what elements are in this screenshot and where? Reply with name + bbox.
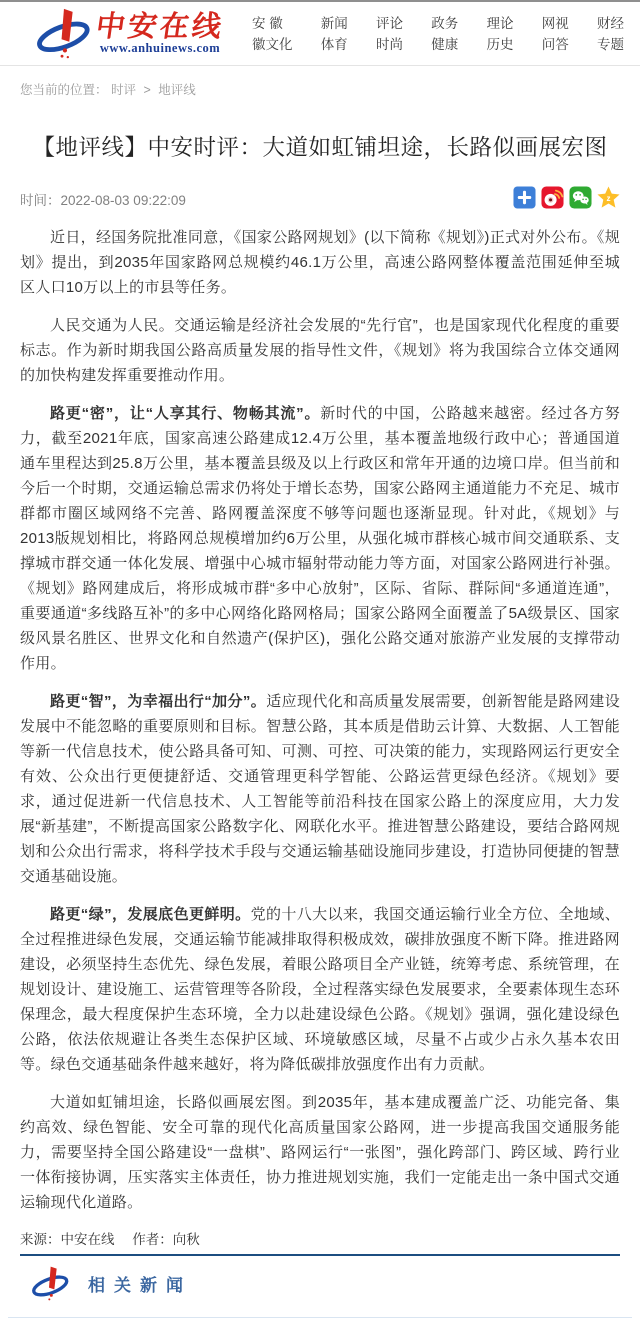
nav-link-zhuanti[interactable]: 专题 — [597, 34, 624, 55]
article-body: 近日，经国务院批准同意，《国家公路网规划》(以下简称《规划》)正式对外公布。《规… — [20, 225, 620, 1215]
nav-col-finance: 财经 专题 — [597, 13, 624, 55]
article-paragraph: 路更“智”，为幸福出行“加分”。适应现代化和高质量发展需要，创新智能是路网建设发… — [20, 689, 620, 889]
paragraph-text: 人民交通为人民。交通运输是经济社会发展的“先行官”，也是国家现代化程度的重要标志… — [20, 317, 620, 384]
nav-link-caijing[interactable]: 财经 — [597, 13, 624, 34]
nav-link-tiyu[interactable]: 体育 — [321, 34, 348, 55]
breadcrumb: 您当前的位置： 时评 > 地评线 — [0, 66, 640, 110]
breadcrumb-link-dipingxian[interactable]: 地评线 — [158, 83, 196, 97]
nav-link-wangshi[interactable]: 网视 — [542, 13, 569, 34]
page-bottom-divider — [8, 1317, 632, 1318]
source: 来源：中安在线 — [20, 1232, 115, 1247]
article-paragraph: 路更“绿”，发展底色更鲜明。党的十八大以来，我国交通运输行业全方位、全地域、全过… — [20, 902, 620, 1077]
paragraph-text: 近日，经国务院批准同意，《国家公路网规划》(以下简称《规划》)正式对外公布。《规… — [20, 229, 620, 296]
paragraph-text: 大道如虹铺坦途，长路似画展宏图。到2035年，基本建成覆盖广泛、功能完备、集约高… — [20, 1094, 620, 1211]
article-paragraph: 人民交通为人民。交通运输是经济社会发展的“先行官”，也是国家现代化程度的重要标志… — [20, 313, 620, 388]
nav-link-shishang[interactable]: 时尚 — [376, 34, 403, 55]
site-header: 中安在线 www.anhuinews.com 安 徽 徽文化 新闻 体育 评论 … — [0, 2, 640, 65]
author: 作者：向秋 — [132, 1232, 200, 1247]
breadcrumb-link-shiping[interactable]: 时评 — [111, 83, 136, 97]
nav-link-xinwen[interactable]: 新闻 — [321, 13, 348, 34]
nav-col-gov: 政务 健康 — [431, 13, 458, 55]
svg-text:z: z — [606, 194, 610, 203]
paragraph-lead: 路更“密”，让“人享其行、物畅其流”。 — [50, 405, 320, 422]
qzone-icon[interactable]: z — [597, 186, 620, 209]
author-label: 作者： — [132, 1232, 173, 1247]
breadcrumb-label: 您当前的位置： — [20, 83, 108, 97]
nav-col-video: 网视 问答 — [542, 13, 569, 55]
anhuinews-swirl-icon — [34, 7, 92, 61]
share-plus-icon[interactable] — [513, 186, 536, 209]
related-news-section: 相关新闻 — [0, 1256, 640, 1303]
publish-time-label: 时间： — [20, 193, 61, 208]
nav-col-anhui: 安 徽 徽文化 — [252, 13, 293, 55]
breadcrumb-separator: > — [144, 83, 151, 97]
article-paragraph: 大道如虹铺坦途，长路似画展宏图。到2035年，基本建成覆盖广泛、功能完备、集约高… — [20, 1090, 620, 1215]
nav-col-comment: 评论 时尚 — [376, 13, 403, 55]
share-bar: z — [513, 186, 620, 209]
paragraph-text: 适应现代化和高质量发展需要，创新智能是路网建设发展中不能忽略的重要原则和目标。智… — [20, 693, 620, 885]
article: 【地评线】中安时评：大道如虹铺坦途，长路似画展宏图 时间：2022-08-03 … — [0, 132, 640, 1215]
source-row: 来源：中安在线 作者：向秋 — [20, 1228, 620, 1256]
site-logo[interactable]: 中安在线 www.anhuinews.com — [34, 7, 224, 61]
weibo-icon[interactable] — [541, 186, 564, 209]
paragraph-lead: 路更“绿”，发展底色更鲜明。 — [50, 906, 251, 923]
wechat-icon[interactable] — [569, 186, 592, 209]
article-title: 【地评线】中安时评：大道如虹铺坦途，长路似画展宏图 — [26, 132, 614, 164]
nav-link-wenda[interactable]: 问答 — [542, 34, 569, 55]
main-nav: 安 徽 徽文化 新闻 体育 评论 时尚 政务 健康 理论 历史 网视 问答 财经… — [252, 13, 624, 55]
related-news-title: 相关新闻 — [88, 1271, 192, 1296]
anhuinews-swirl-icon — [30, 1265, 70, 1303]
article-paragraph: 近日，经国务院批准同意，《国家公路网规划》(以下简称《规划》)正式对外公布。《规… — [20, 225, 620, 300]
logo-text: 中安在线 www.anhuinews.com — [96, 12, 224, 56]
nav-link-lishi[interactable]: 历史 — [487, 34, 514, 55]
article-meta-row: 时间：2022-08-03 09:22:09 — [20, 186, 620, 209]
publish-time-value: 2022-08-03 09:22:09 — [61, 193, 186, 208]
article-paragraph: 路更“密”，让“人享其行、物畅其流”。新时代的中国，公路越来越密。经过各方努力，… — [20, 401, 620, 676]
author-value: 向秋 — [173, 1232, 200, 1247]
logo-site-name: 中安在线 — [94, 12, 226, 42]
nav-link-jiankang[interactable]: 健康 — [431, 34, 458, 55]
publish-time: 时间：2022-08-03 09:22:09 — [20, 189, 186, 209]
nav-link-anhui[interactable]: 安 徽 — [252, 13, 293, 34]
paragraph-text: 党的十八大以来，我国交通运输行业全方位、全地域、全过程推进绿色发展，交通运输节能… — [20, 906, 620, 1073]
paragraph-lead: 路更“智”，为幸福出行“加分”。 — [50, 693, 266, 710]
logo-site-url: www.anhuinews.com — [100, 41, 220, 56]
nav-link-pinglun[interactable]: 评论 — [376, 13, 403, 34]
nav-link-zhengwu[interactable]: 政务 — [431, 13, 458, 34]
paragraph-text: 新时代的中国，公路越来越密。经过各方努力，截至2021年底，国家高速公路建成12… — [20, 405, 620, 672]
source-value: 中安在线 — [61, 1232, 115, 1247]
source-label: 来源： — [20, 1232, 61, 1247]
nav-link-lilun[interactable]: 理论 — [487, 13, 514, 34]
nav-col-theory: 理论 历史 — [487, 13, 514, 55]
nav-link-huiwenhua[interactable]: 徽文化 — [252, 34, 293, 55]
nav-col-news: 新闻 体育 — [321, 13, 348, 55]
